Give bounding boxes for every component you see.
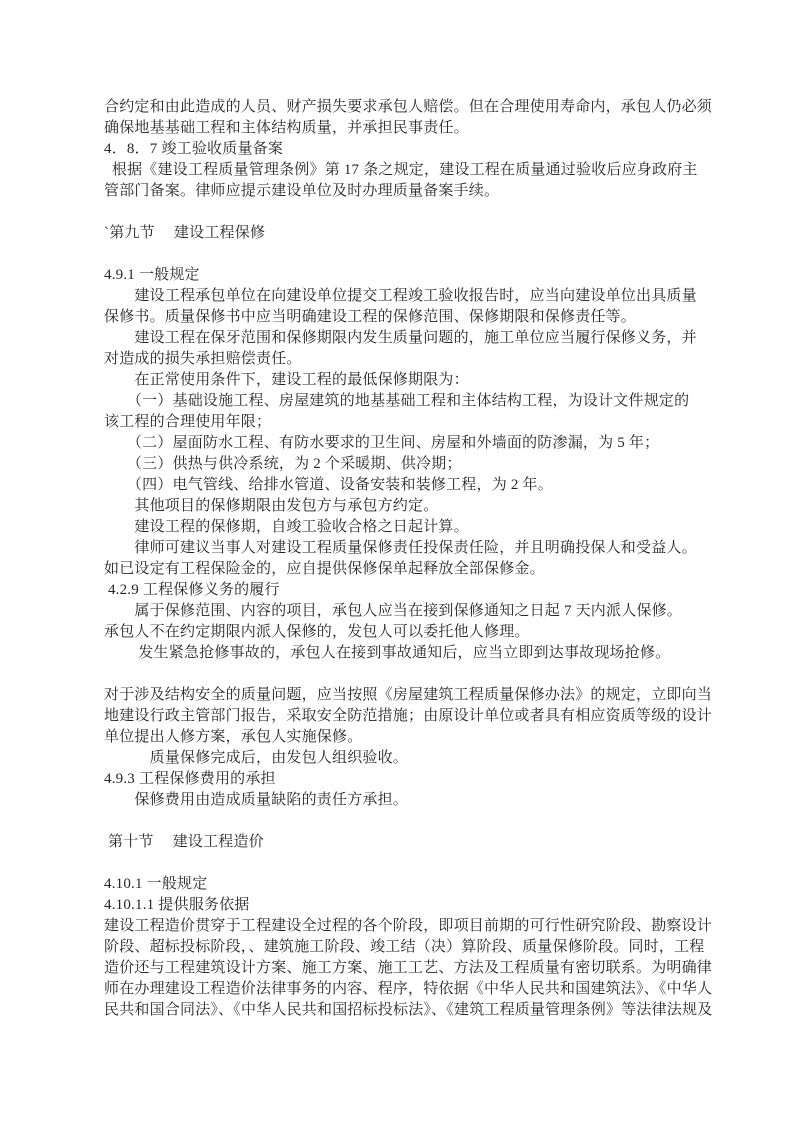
- list-item-4: （四）电气管线、给排水管道、设备安装和装修工程，为 2 年。: [104, 475, 716, 496]
- text-line: 对造成的损失承担赔偿责任。: [104, 349, 716, 370]
- blank-line: [104, 811, 716, 832]
- text-line: 合约定和由此造成的人员、财产损失要求承包人赔偿。但在合理使用寿命内，承包人仍必须: [104, 97, 716, 118]
- text-line: 保修书。质量保修书中应当明确建设工程的保修范围、保修期限和保修责任等。: [104, 307, 716, 328]
- list-item-3: （三）供热与供冷系统，为 2 个采暖期、供冷期；: [104, 454, 716, 475]
- document-text-block: 合约定和由此造成的人员、财产损失要求承包人赔偿。但在合理使用寿命内，承包人仍必须…: [104, 97, 716, 1021]
- text-line: 其他项目的保修期限由发包方与承包方约定。: [104, 496, 716, 517]
- text-line: 建设工程承包单位在向建设单位提交工程竣工验收报告时，应当向建设单位出具质量: [104, 286, 716, 307]
- text-line: 根据《建设工程质量管理条例》第 17 条之规定，建设工程在质量通过验收后应身政府…: [104, 160, 716, 181]
- text-line: 承包人不在约定期限内派人保修的，发包人可以委托他人修理。: [104, 622, 716, 643]
- clause-heading-4-8-7: 4．8．7 竣工验收质量备案: [104, 139, 716, 160]
- text-line: 如已设定有工程保险金的，应自提供保修保单起释放全部保修金。: [104, 559, 716, 580]
- list-item-2: （二）屋面防水工程、有防水要求的卫生间、房屋和外墙面的防渗漏，为 5 年；: [104, 433, 716, 454]
- clause-heading-4-10-1: 4.10.1 一般规定: [104, 874, 716, 895]
- text-line: 保修费用由造成质量缺陷的责任方承担。: [104, 790, 716, 811]
- text-line: 管部门备案。律师应提示建设单位及时办理质量备案手续。: [104, 181, 716, 202]
- blank-line: [104, 664, 716, 685]
- clause-heading-4-9-3: 4.9.3 工程保修费用的承担: [104, 769, 716, 790]
- text-line: 属于保修范围、内容的项目，承包人应当在接到保修通知之日起 7 天内派人保修。: [104, 601, 716, 622]
- text-line: 建设工程造价贯穿于工程建设全过程的各个阶段，即项目前期的可行性研究阶段、勘察设计: [104, 916, 716, 937]
- text-line: 对于涉及结构安全的质量问题，应当按照《房屋建筑工程质量保修办法》的规定，立即向当: [104, 685, 716, 706]
- text-line: 建设工程的保修期，自竣工验收合格之日起计算。: [104, 517, 716, 538]
- text-line: 造价还与工程建筑设计方案、施工方案、施工工艺、方法及工程质量有密切联系。为明确律: [104, 958, 716, 979]
- clause-heading-4-10-1-1: 4.10.1.1 提供服务依据: [104, 895, 716, 916]
- list-item-1: （一）基础设施工程、房屋建筑的地基基础工程和主体结构工程，为设计文件规定的: [104, 391, 716, 412]
- blank-line: [104, 244, 716, 265]
- blank-line: [104, 202, 716, 223]
- clause-heading-4-2-9: 4.2.9 工程保修义务的履行: [104, 580, 716, 601]
- section-9-heading: `第九节 建设工程保修: [104, 223, 716, 244]
- document-page: 合约定和由此造成的人员、财产损失要求承包人赔偿。但在合理使用寿命内，承包人仍必须…: [0, 0, 800, 1132]
- text-line: 确保地基基础工程和主体结构质量，并承担民事责任。: [104, 118, 716, 139]
- text-line: 发生紧急抢修事故的，承包人在接到事故通知后，应当立即到达事故现场抢修。: [104, 643, 716, 664]
- text-line: 单位提出人修方案，承包人实施保修。: [104, 727, 716, 748]
- clause-heading-4-9-1: 4.9.1 一般规定: [104, 265, 716, 286]
- text-line: 该工程的合理使用年限；: [104, 412, 716, 433]
- text-line: 建设工程在保牙范围和保修期限内发生质量问题的，施工单位应当履行保修义务，并: [104, 328, 716, 349]
- text-line: 在正常使用条件下，建设工程的最低保修期限为：: [104, 370, 716, 391]
- text-line: 民共和国合同法》、《中华人民共和国招标投标法》、《建筑工程质量管理条例》等法律法…: [104, 1000, 716, 1021]
- text-line: 地建设行政主管部门报告，采取安全防范措施；由原设计单位或者具有相应资质等级的设计: [104, 706, 716, 727]
- text-line: 阶段、超标投标阶段，、建筑施工阶段、竣工结（决）算阶段、质量保修阶段。同时，工程: [104, 937, 716, 958]
- text-line: 质量保修完成后，由发包人组织验收。: [104, 748, 716, 769]
- text-line: 律师可建议当事人对建设工程质量保修责任投保责任险，并且明确投保人和受益人。: [104, 538, 716, 559]
- section-10-heading: 第十节 建设工程造价: [104, 832, 716, 853]
- text-line: 师在办理建设工程造价法律事务的内容、程序，特依据《中华人民共和国建筑法》、《中华…: [104, 979, 716, 1000]
- blank-line: [104, 853, 716, 874]
